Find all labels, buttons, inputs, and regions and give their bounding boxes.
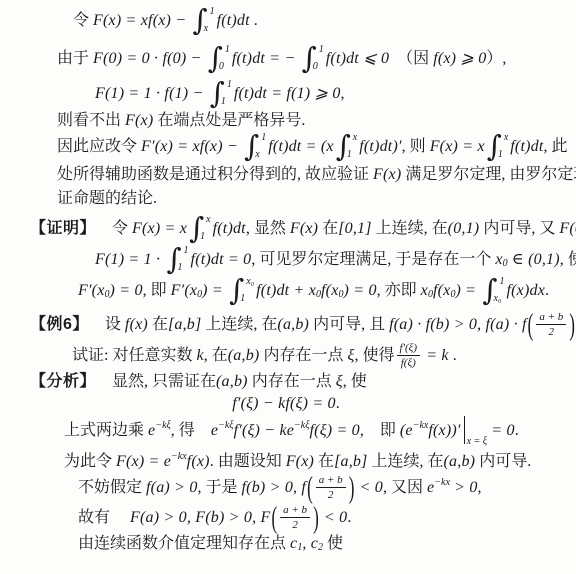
lower-limit: 1: [200, 232, 210, 243]
integral-limits: 1x: [259, 132, 266, 161]
subscript: 0: [428, 284, 433, 305]
text-run: 上连续, 在: [368, 451, 444, 472]
text-run: 在: [314, 451, 334, 472]
integral: ∫x1: [189, 214, 211, 243]
subscript: 0: [105, 284, 110, 305]
math-run: F(0) = 0: [559, 218, 576, 239]
line-analysis-start: 【分析】 显然, 只需证在(a,b) 内存在一点 ξ, 使: [0, 371, 572, 392]
math-run: x: [495, 249, 502, 270]
vertical-bar: [464, 416, 465, 444]
text-run: 在: [148, 314, 168, 335]
line-aux-note-2: 证命题的结论.: [0, 188, 572, 209]
text-run: , 可见罗尔定理满足, 于是存在一个: [251, 249, 495, 270]
upper-limit: 1: [500, 276, 505, 287]
text-run: , 则: [402, 136, 430, 157]
integral-limits: x1: [502, 132, 508, 161]
math-run: F(x): [125, 110, 153, 131]
math-run: f(x: [321, 280, 338, 301]
line-multiply-exponential: 上式两边乘 e−kξ, 得 e−kξf′(ξ) − ke−kξf(ξ) = 0,…: [0, 416, 572, 444]
text-run: .: [515, 420, 519, 441]
fraction: a + b2: [316, 474, 346, 501]
math-run: F′(x: [171, 280, 198, 301]
fraction: a + b2: [536, 311, 566, 338]
math-run: e: [287, 420, 294, 441]
math-run: F(a) > 0, F(b) > 0, F: [130, 507, 270, 528]
upper-limit: 1: [227, 79, 232, 90]
math-run: (a,b): [228, 345, 260, 366]
subscript: 0: [339, 284, 344, 305]
upper-limit: x: [504, 132, 508, 143]
math-run: f(x: [433, 280, 450, 301]
text-run: ）,: [486, 48, 506, 69]
line-F1-evaluation: F(1) = 1 · f(1) − ∫11f(t)dt = f(1) ⩾ 0,: [0, 79, 572, 108]
superscript: −kx: [413, 415, 429, 436]
upper-limit: x₀: [246, 276, 254, 287]
line-assume-fa-positive: 不妨假定 f(a) > 0, 于是 f(b) > 0, f(a + b2) < …: [0, 474, 572, 501]
math-run: (e: [400, 420, 413, 441]
text-run: 在: [318, 218, 338, 239]
math-run: [0,1]: [338, 218, 371, 239]
math-run: ξ: [336, 371, 343, 392]
math-run: F(0) = 0 · f(0) −: [93, 48, 206, 69]
math-run: ) =: [455, 280, 480, 301]
text-run: 上连续, 在: [372, 218, 448, 239]
text-run: , 使得: [355, 345, 395, 366]
text-run: , 使: [343, 371, 367, 392]
math-run: (0,1): [448, 218, 480, 239]
text-run: , 即: [143, 280, 171, 301]
text-run: 满足罗尔定理, 由罗尔定理去: [401, 164, 576, 185]
math-run: f(ξ) = 0: [310, 420, 360, 441]
text-run: , 亦即: [377, 280, 421, 301]
math-run: F(x) = e: [116, 451, 171, 472]
lower-limit: 0: [313, 62, 324, 73]
section-label: 【例6】: [30, 314, 89, 335]
integral-limits: 11: [225, 79, 232, 108]
math-run: f(t)dt)′: [359, 136, 401, 157]
lower-limit: 1: [240, 294, 254, 305]
line-example6-statement: 【例6】 设 f(x) 在[a,b] 上连续, 在(a,b) 内可导, 且 f(…: [0, 311, 572, 338]
text-run: 令: [96, 218, 132, 239]
upper-limit: 1: [261, 132, 266, 143]
denominator: f(ξ): [401, 356, 416, 369]
subscript: 0: [450, 284, 455, 305]
text-run: 内可导, 且: [309, 314, 389, 335]
line-proof-rolle: F(1) = 1 · ∫11f(t)dt = 0, 可见罗尔定理满足, 于是存在…: [0, 245, 572, 274]
evaluation-bar: x = ξ: [464, 416, 487, 444]
math-run: F′(x) = xf(x) −: [141, 136, 242, 157]
integral: ∫x₀1: [229, 276, 254, 305]
text-run: 使: [323, 533, 343, 554]
line-intermediate-value: 由连续函数介值定理知存在点 c1, c2 使: [0, 533, 572, 554]
lower-limit: 1: [221, 97, 232, 108]
integral: ∫11: [210, 79, 232, 108]
math-run: (a,b): [216, 371, 248, 392]
math-run: e: [148, 420, 155, 441]
math-run: ) =: [202, 280, 227, 301]
integral-limits: 1x: [208, 6, 215, 35]
math-run: f(b) > 0, f: [242, 477, 307, 498]
math-run: F(x): [290, 218, 318, 239]
lower-limit: 1: [498, 150, 508, 161]
text-run: , 在: [204, 345, 228, 366]
denominator: 2: [328, 488, 334, 501]
math-run: (a,b): [444, 451, 476, 472]
text-run: 上连续, 在: [201, 314, 277, 335]
math-run: [a,b]: [168, 314, 201, 335]
math-run: f(x))′: [428, 420, 460, 441]
subscript: 1: [297, 537, 302, 558]
superscript: −kx: [434, 472, 450, 493]
text-run: 为此令: [64, 451, 116, 472]
fraction: a + b2: [280, 504, 310, 531]
math-run: f′(ξ) − kf(ξ) = 0: [232, 393, 336, 414]
bar-subscript: x = ξ: [467, 437, 487, 447]
section-label: 【分析】: [30, 371, 96, 392]
math-run: ξ: [347, 345, 354, 366]
text-run: .: [449, 345, 457, 366]
line-F0-evaluation: 由于 F(0) = 0 · f(0) − ∫10f(t)dt = − ∫10f(…: [0, 44, 572, 73]
denominator: 2: [549, 325, 555, 338]
upper-limit: x: [206, 214, 210, 225]
textbook-page: 令 F(x) = xf(x) − ∫1xf(t)dt .由于 F(0) = 0 …: [0, 0, 576, 574]
math-run: < 0: [320, 507, 348, 528]
math-run: f(t)dt = −: [232, 48, 300, 69]
math-run: f(t)dt: [213, 218, 246, 239]
math-run: F(x) = x: [430, 136, 485, 157]
superscript: −kξ: [155, 415, 170, 436]
subscript: 0: [503, 253, 508, 274]
text-run: 不妨假定: [78, 477, 146, 498]
line-aux-note-1: 处所得辅助函数是通过积分得到的, 故应验证 F(x) 满足罗尔定理, 由罗尔定理…: [0, 164, 572, 185]
upper-limit: 1: [210, 6, 215, 17]
text-run: .: [336, 393, 340, 414]
line-proof-start: 【证明】 令 F(x) = x∫x1f(t)dt, 显然 F(x) 在[0,1]…: [0, 214, 572, 243]
math-run: f(t)dt = (x: [268, 136, 333, 157]
text-run: 内可导, 又: [479, 218, 559, 239]
line-define-new-F: 为此令 F(x) = e−kxf(x). 由题设知 F(x) 在[a,b] 上连…: [0, 451, 572, 472]
content-lines: 令 F(x) = xf(x) − ∫1xf(t)dt .由于 F(0) = 0 …: [0, 6, 572, 554]
line-example6-goal: 试证: 对任意实数 k, 在(a,b) 内存在一点 ξ, 使得f′(ξ)f(ξ)…: [0, 342, 572, 369]
math-run: f(x): [187, 451, 210, 472]
math-run: x: [421, 280, 428, 301]
fraction: f′(ξ)f(ξ): [397, 342, 421, 369]
integral: ∫10: [302, 44, 324, 73]
math-run: f(t)dt: [510, 136, 543, 157]
math-run: ) = 0: [344, 280, 377, 301]
text-run: （因: [389, 48, 433, 69]
big-paren: (: [270, 499, 278, 537]
math-run: ) = 0: [110, 280, 143, 301]
text-run: , 使得: [560, 249, 576, 270]
big-paren: ): [348, 469, 356, 507]
text-run: 试证: 对任意实数: [72, 345, 196, 366]
line-centered-equation: f′(ξ) − kf(ξ) = 0.: [0, 393, 572, 414]
math-run: f(t)dt: [217, 10, 250, 31]
math-run: F(1) = 1 · f(1) −: [95, 83, 208, 104]
math-run: f(t)dt = f(1) ⩾ 0: [234, 83, 341, 104]
numerator: a + b: [536, 311, 566, 325]
integral: ∫x1: [336, 132, 358, 161]
text-run: .: [347, 507, 351, 528]
line-define-aux-F: 令 F(x) = xf(x) − ∫1xf(t)dt .: [0, 6, 572, 35]
numerator: a + b: [316, 474, 346, 488]
text-run: 由于: [57, 48, 93, 69]
integral: ∫x1: [487, 132, 509, 161]
integral: ∫11: [166, 245, 188, 274]
math-run: ∈ (0,1): [508, 249, 560, 270]
math-run: = k: [422, 345, 449, 366]
math-run: e: [211, 420, 218, 441]
text-run: , 显然: [246, 218, 290, 239]
text-run: 处所得辅助函数是通过积分得到的, 故应验证: [57, 164, 373, 185]
math-run: f(x)dx: [507, 280, 546, 301]
integral: ∫1x₀: [482, 276, 504, 305]
lower-limit: 0: [219, 62, 230, 73]
text-run: , 又因: [383, 477, 427, 498]
denominator: 2: [292, 518, 298, 531]
big-paren: ): [312, 499, 320, 537]
math-run: e: [427, 477, 434, 498]
text-run: .: [545, 280, 549, 301]
lower-limit: 1: [347, 150, 357, 161]
math-run: < 0: [355, 477, 383, 498]
math-run: k: [196, 345, 203, 366]
integral-limits: 1x₀: [498, 276, 505, 305]
subscript: 0: [316, 284, 321, 305]
math-run: f(t)dt = 0: [191, 249, 252, 270]
text-run: 内可导.: [475, 451, 531, 472]
text-run: . 由题设知: [210, 451, 286, 472]
text-run: 由连续函数介值定理知存在点: [78, 533, 290, 554]
text-run: 显然, 只需证在: [96, 371, 216, 392]
integral: ∫1x: [244, 132, 266, 161]
math-run: f(x) ⩾ 0: [433, 48, 486, 69]
text-run: 内存在一点: [259, 345, 347, 366]
text-run: , 此: [543, 136, 567, 157]
upper-limit: 1: [225, 44, 230, 55]
text-run: , 得: [171, 420, 211, 441]
lower-limit: x₀: [494, 294, 505, 305]
math-run: F(x): [373, 164, 401, 185]
integral-limits: x1: [204, 214, 210, 243]
math-run: f(t)dt ⩽ 0: [326, 48, 389, 69]
text-run: ,: [478, 477, 482, 498]
text-run: ,: [341, 83, 345, 104]
integral-limits: x₀1: [244, 276, 254, 305]
math-run: = 0: [487, 420, 515, 441]
line-proof-conclusion: F′(x0) = 0, 即 F′(x0) = ∫x₀1f(t)dt + x0f(…: [0, 276, 572, 305]
text-run: 上式两边乘: [64, 420, 148, 441]
integral-limits: 10: [317, 44, 324, 73]
text-run: 设: [89, 314, 125, 335]
line-therefore-F-signs: 故有 F(a) > 0, F(b) > 0, F(a + b2) < 0.: [0, 504, 572, 531]
math-run: f(a) · f(b) > 0, f(a) · f: [389, 314, 527, 335]
subscript: 0: [197, 284, 202, 305]
math-run: F(x) = x: [132, 218, 187, 239]
math-run: f(t)dt + x: [256, 280, 316, 301]
integral-limits: x1: [351, 132, 357, 161]
math-run: (a,b): [277, 314, 309, 335]
text-run: , 即: [360, 420, 400, 441]
text-run: 因此应改令: [57, 136, 141, 157]
big-paren: (: [527, 306, 535, 344]
math-run: f(x): [125, 314, 148, 335]
math-run: F(1) = 1 ·: [95, 249, 164, 270]
math-run: F(x) = xf(x) −: [93, 10, 190, 31]
math-run: f′(ξ) − k: [234, 420, 287, 441]
superscript: −kξ: [218, 415, 233, 436]
text-run: 则看不出: [57, 110, 125, 131]
math-run: > 0: [450, 477, 478, 498]
upper-limit: 1: [319, 44, 324, 55]
text-run: 证命题的结论.: [57, 188, 157, 209]
superscript: −kξ: [294, 415, 309, 436]
lower-limit: 1: [178, 263, 189, 274]
upper-limit: 1: [184, 245, 189, 256]
text-run: 令: [73, 10, 93, 31]
superscript: −kx: [171, 446, 187, 467]
integral: ∫10: [208, 44, 230, 73]
upper-limit: x: [353, 132, 357, 143]
math-run: c: [290, 533, 297, 554]
line-redefine-F: 因此应改令 F′(x) = xf(x) − ∫1xf(t)dt = (x∫x1f…: [0, 132, 572, 161]
numerator: f′(ξ): [397, 342, 421, 356]
subscript: 2: [318, 537, 323, 558]
lower-limit: x: [204, 24, 215, 35]
text-run: 在端点处是严格异号.: [153, 110, 305, 131]
text-run: , 于是: [198, 477, 242, 498]
math-run: f(a) > 0: [146, 477, 198, 498]
section-label: 【证明】: [30, 218, 96, 239]
math-run: F′(x: [78, 280, 105, 301]
line-remark-endpoints: 则看不出 F(x) 在端点处是严格异号.: [0, 110, 572, 131]
big-paren: ): [568, 306, 576, 344]
integral: ∫1x: [192, 6, 214, 35]
integral-limits: 10: [223, 44, 230, 73]
lower-limit: x: [255, 150, 266, 161]
text-run: 内存在一点: [248, 371, 336, 392]
text-run: .: [250, 10, 258, 31]
integral-limits: 11: [182, 245, 189, 274]
text-run: 故有: [78, 507, 130, 528]
